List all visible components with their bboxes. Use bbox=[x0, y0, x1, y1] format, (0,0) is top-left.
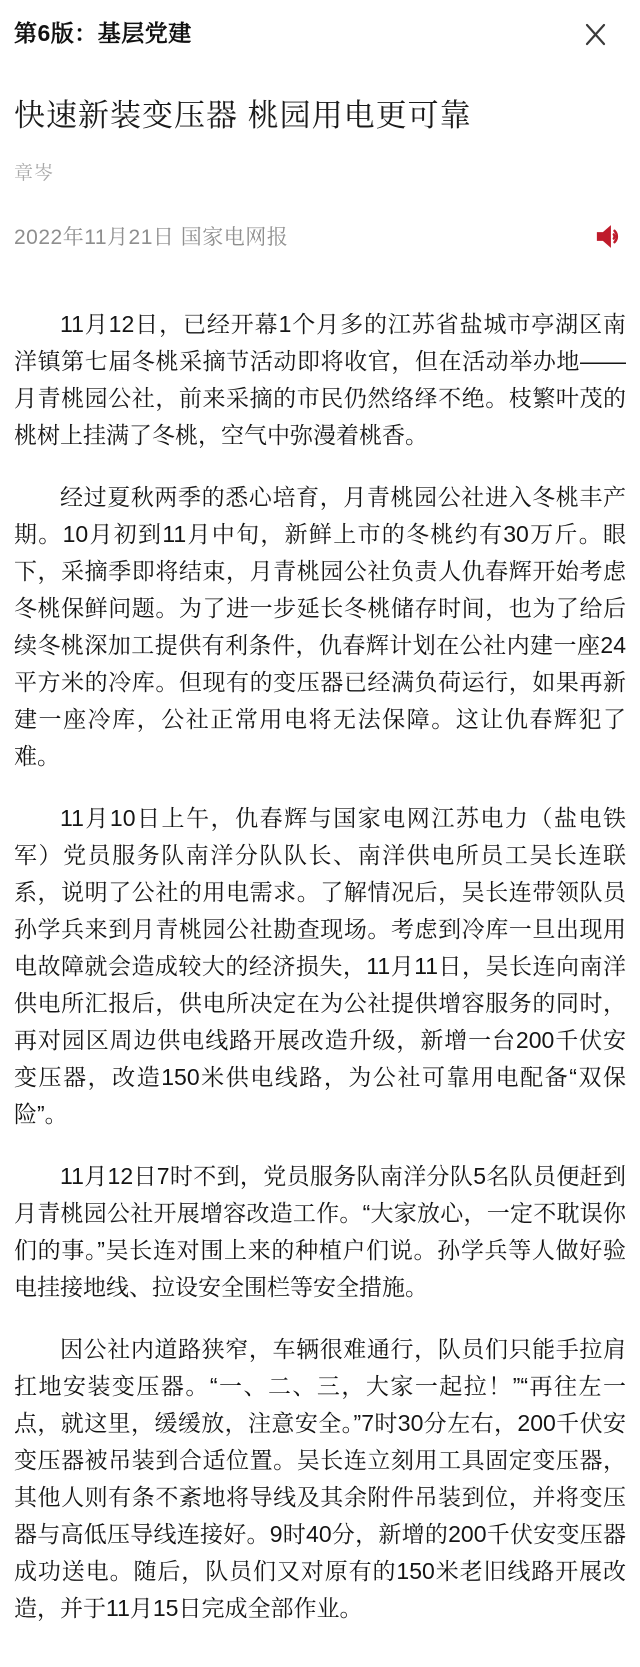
article-paragraph: 11月10日上午，仇春辉与国家电网江苏电力（盐电铁军）党员服务队南洋分队队长、南… bbox=[14, 800, 626, 1133]
article-page: 第6版：基层党建 快速新装变压器 桃园用电更可靠 章岑 2022年11月21日 … bbox=[0, 0, 640, 1667]
article-paragraph: 11月12日7时不到，党员服务队南洋分队5名队员便赶到月青桃园公社开展增容改造工… bbox=[14, 1158, 626, 1306]
edition-label: 第6版：基层党建 bbox=[14, 16, 192, 48]
close-button[interactable] bbox=[577, 16, 614, 53]
top-bar: 第6版：基层党建 bbox=[14, 16, 626, 53]
article-paragraph: 因公社内道路狭窄，车辆很难通行，队员们只能手拉肩扛地安装变压器。“一、二、三，大… bbox=[14, 1331, 626, 1627]
article-paragraph: 经过夏秋两季的悉心培育，月青桃园公社进入冬桃丰产期。10月初到11月中旬，新鲜上… bbox=[14, 479, 626, 775]
article-body: 11月12日，已经开幕1个月多的江苏省盐城市亭湖区南洋镇第七届冬桃采摘节活动即将… bbox=[14, 306, 626, 1627]
read-aloud-button[interactable] bbox=[593, 221, 624, 252]
article-dateline: 2022年11月21日 国家电网报 bbox=[14, 221, 288, 251]
meta-row: 2022年11月21日 国家电网报 bbox=[14, 221, 626, 252]
close-icon bbox=[579, 18, 612, 51]
article-paragraph: 11月12日，已经开幕1个月多的江苏省盐城市亭湖区南洋镇第七届冬桃采摘节活动即将… bbox=[14, 306, 626, 454]
article-title: 快速新装变压器 桃园用电更可靠 bbox=[14, 97, 626, 136]
article-author: 章岑 bbox=[14, 158, 626, 185]
speaker-icon bbox=[593, 221, 624, 252]
